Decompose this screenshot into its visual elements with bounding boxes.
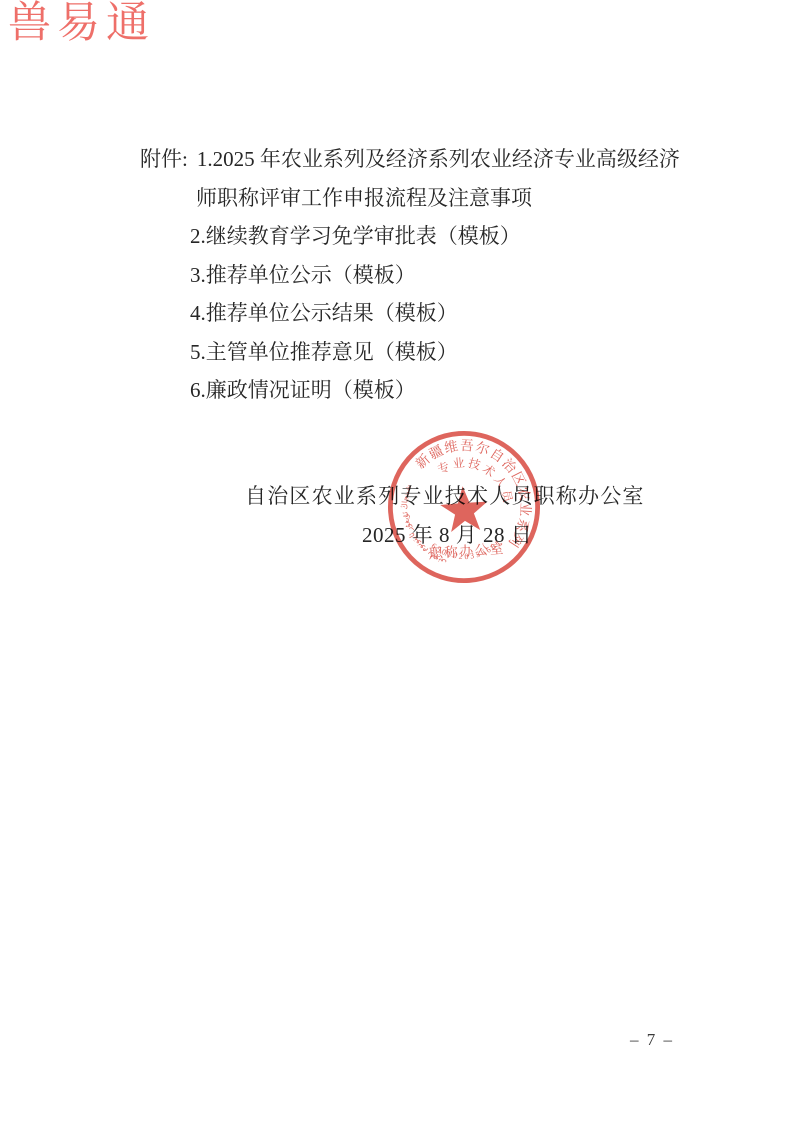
attachment-item-2: 2.继续教育学习免学审批表（模板） xyxy=(190,217,740,256)
watermark-logo: 兽易通 xyxy=(8,0,155,52)
document-page: 兽易通 附件:1.2025 年农业系列及经济系列农业经济专业高级经济 师职称评审… xyxy=(0,0,793,1121)
attachment-item-4: 4.推荐单位公示结果（模板） xyxy=(190,294,740,333)
attachment-line-1: 附件:1.2025 年农业系列及经济系列农业经济专业高级经济 xyxy=(140,140,740,179)
seal-inner-arc-text: 专业技术人员 xyxy=(434,452,515,510)
attachment-item-5: 5.主管单位推荐意见（模板） xyxy=(190,333,740,372)
attachment-item-1-line-2: 师职称评审工作申报流程及注意事项 xyxy=(196,179,740,218)
official-seal-stamp: شىنجاڭ ئۇيغۇر ئاپتونوم رايونى 新疆维吾尔自治区农业… xyxy=(384,424,544,590)
attachment-label: 附件: xyxy=(140,147,188,171)
attachment-item-3: 3.推荐单位公示（模板） xyxy=(190,256,740,295)
attachment-item-1-line-1: 1.2025 年农业系列及经济系列农业经济专业高级经济 xyxy=(197,147,680,171)
page-number: – 7 – xyxy=(630,1030,674,1050)
seal-star-icon xyxy=(439,485,489,533)
attachment-item-6: 6.廉政情况证明（模板） xyxy=(190,371,740,410)
attachment-list: 附件:1.2025 年农业系列及经济系列农业经济专业高级经济 师职称评审工作申报… xyxy=(140,140,740,410)
seal-ring-text-chinese: 新疆维吾尔自治区农业系列 xyxy=(412,433,537,557)
